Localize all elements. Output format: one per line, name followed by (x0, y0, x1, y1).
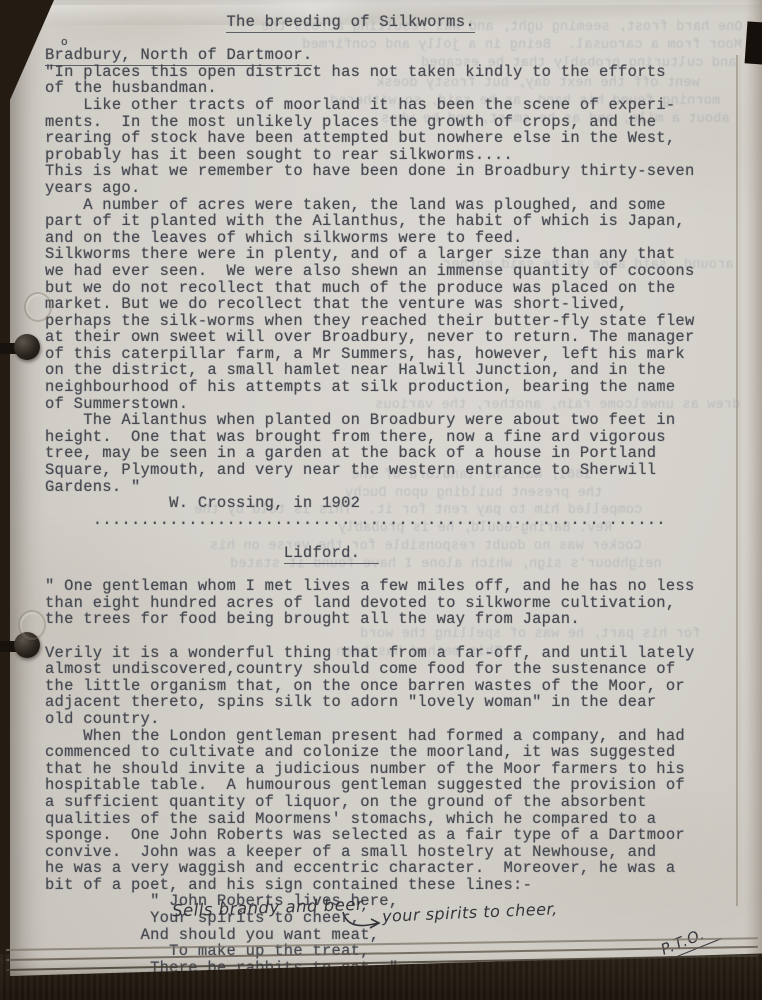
typed-line: A number of acres were taken, the land w… (45, 197, 745, 214)
dotted-separator: ........................................… (45, 512, 745, 529)
typed-line: old country. (45, 711, 745, 728)
typed-line: at their own sweet will over Broadbury, … (45, 329, 745, 346)
typed-line: part of it planted with the Ailanthus, t… (45, 213, 745, 230)
typed-line: ments. In the most unlikely places the g… (45, 114, 745, 131)
typed-line: Like other tracts of moorland it has bee… (45, 97, 745, 114)
typed-line: commenced to cultivate and colonize the … (45, 744, 745, 761)
typed-line: the trees for food being brought all the… (45, 611, 745, 628)
typed-line: probably has it been sought to rear silk… (45, 147, 745, 164)
typed-line: neighbourhood of his attempts at silk pr… (45, 379, 745, 396)
typed-line: Silkworms there were in plenty, and of a… (45, 246, 745, 263)
typed-line: The Ailanthus when planted on Broadbury … (45, 412, 745, 429)
punch-hole (24, 292, 52, 322)
section-heading-broadbury: Bradbury, North of Dartmoor. (45, 47, 745, 64)
typed-line: the little organism that, on the once ba… (45, 678, 745, 695)
attribution: W. Crossing, in 1902 (45, 495, 745, 512)
typed-line: and on the leaves of which silkworms wer… (45, 230, 745, 247)
typed-line: "In places this open district has not ta… (45, 64, 745, 81)
binder-post-head (14, 334, 40, 360)
typed-line: " One gentleman whom I met lives a few m… (45, 578, 745, 595)
typed-line: adjacent thereto, spins silk to adorn "l… (45, 694, 745, 711)
typed-text: The breeding of Silkworms. Bradbury, Nor… (45, 14, 745, 976)
typed-line: rearing of stock have been attempted but… (45, 130, 745, 147)
typed-line: than eight hundred acres of land devoted… (45, 595, 745, 612)
typed-line: a sufficient quantity of liquor, on the … (45, 794, 745, 811)
typed-line: on the district, a small hamlet near Hal… (45, 362, 745, 379)
typed-line: that he should invite a judicious number… (45, 761, 745, 778)
typed-line: Verily it is a wonderful thing that from… (45, 645, 745, 662)
typed-line: almost undiscovered,country should come … (45, 661, 745, 678)
typed-line: sponge. One John Roberts was selected as… (45, 827, 745, 844)
page-right-edge (744, 0, 762, 976)
typed-line: Square, Plymouth, and very near the west… (45, 462, 745, 479)
typed-line: but we do not recollect that much of the… (45, 280, 745, 297)
typed-line: convive. John was a keeper of a small ho… (45, 844, 745, 861)
binder-post-top (0, 330, 46, 366)
typed-line: of this caterpillar farm, a Mr Summers, … (45, 346, 745, 363)
typed-line: perhaps the silk-worms when they reached… (45, 313, 745, 330)
typed-line (45, 528, 745, 545)
typed-line: market. But we do recollect that the ven… (45, 296, 745, 313)
punch-hole (18, 610, 46, 640)
typed-line: qualities of the said Moormens' stomachs… (45, 811, 745, 828)
photographed-document-scene: One hard frost, seeming ught, and was re… (0, 0, 762, 1000)
typed-line: years ago. (45, 180, 745, 197)
typed-line: bit of a poet, and his sign contained th… (45, 877, 745, 894)
typed-line (45, 31, 745, 48)
superscript-o-correction: o (61, 37, 68, 49)
typed-line (45, 628, 745, 645)
typed-line: of the husbandman. (45, 80, 745, 97)
correction-arrow-icon (340, 910, 386, 939)
typed-line: height. One that was brought from there,… (45, 429, 745, 446)
typewritten-page: One hard frost, seeming ught, and was re… (10, 0, 762, 976)
typed-line: Gardens. " (45, 479, 745, 496)
typed-line: hospitable table. A humourous gentleman … (45, 777, 745, 794)
typed-line: When the London gentleman present had fo… (45, 728, 745, 745)
typed-line: he was a very waggish and eccentric char… (45, 860, 745, 877)
typed-line: we had ever seen. We were also shewn an … (45, 263, 745, 280)
torn-notch (745, 21, 762, 64)
section-heading-lidford: Lidford. (45, 545, 745, 562)
typed-line: This is what we remember to have been do… (45, 163, 745, 180)
typed-line (45, 562, 745, 579)
page-title: The breeding of Silkworms. (45, 14, 745, 31)
typed-line: tree, may be seen in a garden at the bac… (45, 445, 745, 462)
typed-line: of Summerstown. (45, 396, 745, 413)
